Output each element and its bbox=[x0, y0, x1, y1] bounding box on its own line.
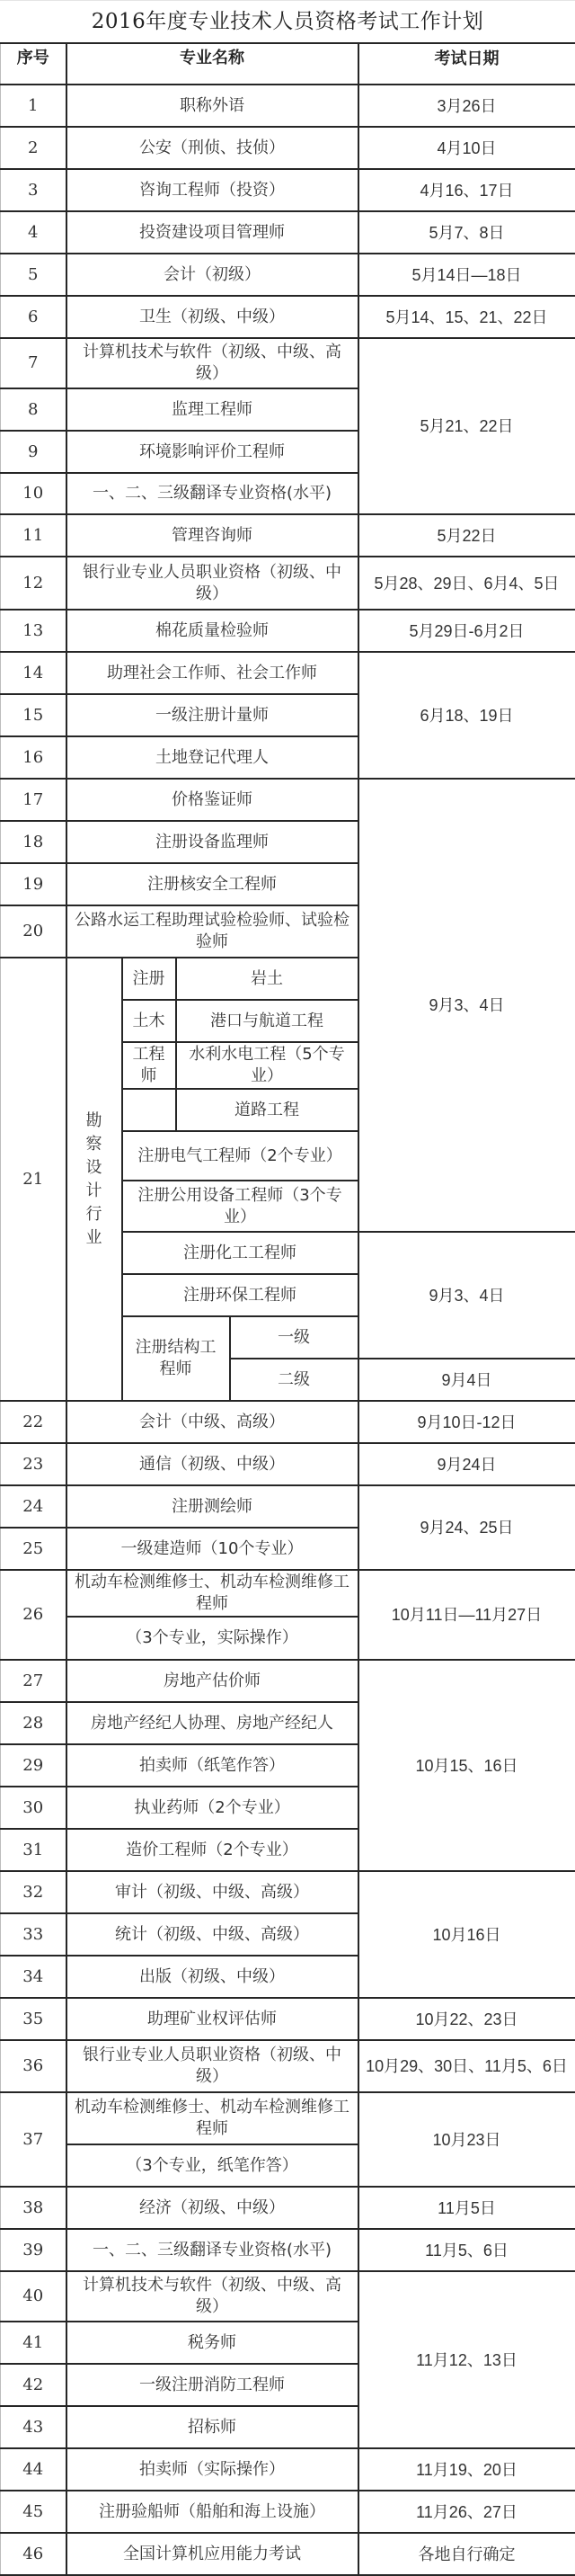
exam-date: 4月10日 bbox=[358, 127, 575, 169]
exam-name: 机动车检测维修士、机动车检测维修工程师 bbox=[66, 2092, 358, 2144]
table-row: 23 通信（初级、中级） 9月24日 bbox=[1, 1443, 575, 1485]
exam-name: 经济（初级、中级） bbox=[66, 2187, 358, 2229]
exam-schedule-table: 序号 专业名称 考试日期 1 职称外语 3月26日 2 公安（刑侦、技侦） 4月… bbox=[0, 42, 575, 2576]
row-number: 15 bbox=[1, 694, 66, 736]
exam-name: 投资建设项目管理师 bbox=[66, 211, 358, 254]
row-number: 34 bbox=[1, 1956, 66, 1998]
exam-name: 全国计算机应用能力考试 bbox=[66, 2533, 358, 2575]
exam-name: 执业药师（2个专业） bbox=[66, 1787, 358, 1829]
exam-name: 注册设备监理师 bbox=[66, 821, 358, 863]
row-number: 23 bbox=[1, 1443, 66, 1485]
exam-date: 5月21、22日 bbox=[358, 338, 575, 514]
exam-name: 环境影响评价工程师 bbox=[66, 431, 358, 473]
civil-specialty: 道路工程 bbox=[176, 1089, 358, 1131]
exam-date: 9月3、4日 bbox=[358, 1232, 575, 1359]
row-number: 22 bbox=[1, 1401, 66, 1443]
table-row: 40 计算机技术与软件（初级、中级、高级） 11月12、13日 bbox=[1, 2271, 575, 2322]
exam-name: 出版（初级、中级） bbox=[66, 1956, 358, 1998]
exam-name: 拍卖师（纸笔作答） bbox=[66, 1744, 358, 1787]
exam-name: 银行业专业人员职业资格（初级、中级） bbox=[66, 2040, 358, 2092]
exam-name: 计算机技术与软件（初级、中级、高级） bbox=[66, 338, 358, 388]
table-row: 46 全国计算机应用能力考试 各地自行确定 bbox=[1, 2533, 575, 2575]
row-number: 44 bbox=[1, 2448, 66, 2491]
exam-name: 一级注册计量师 bbox=[66, 694, 358, 736]
table-row: 12 银行业专业人员职业资格（初级、中级） 5月28、29日、6月4、5日 bbox=[1, 557, 575, 610]
row-number: 41 bbox=[1, 2322, 66, 2364]
civil-specialty: 水利水电工程（5个专业） bbox=[176, 1042, 358, 1089]
table-row: 6 卫生（初级、中级） 5月14、15、21、22日 bbox=[1, 296, 575, 338]
exam-date: 5月29日-6月2日 bbox=[358, 610, 575, 652]
header-date: 考试日期 bbox=[358, 43, 575, 85]
row-number: 40 bbox=[1, 2271, 66, 2322]
table-row: 35 助理矿业权评估师 10月22、23日 bbox=[1, 1998, 575, 2040]
row-number: 17 bbox=[1, 779, 66, 821]
header-name: 专业名称 bbox=[66, 43, 358, 85]
exam-date: 5月14日—18日 bbox=[358, 254, 575, 296]
table-row: 44 拍卖师（实际操作） 11月19、20日 bbox=[1, 2448, 575, 2491]
row-number: 28 bbox=[1, 1702, 66, 1744]
exam-name: 一、二、三级翻译专业资格(水平) bbox=[66, 2229, 358, 2271]
row-number: 11 bbox=[1, 514, 66, 557]
exam-name: 助理社会工作师、社会工作师 bbox=[66, 652, 358, 694]
exam-name: 注册验船师（船舶和海上设施） bbox=[66, 2491, 358, 2533]
exam-date: 各地自行确定 bbox=[358, 2533, 575, 2575]
civil-engineer-group-label bbox=[122, 1089, 176, 1131]
row-number: 38 bbox=[1, 2187, 66, 2229]
row-number: 21 bbox=[1, 958, 66, 1401]
table-row: 22 会计（中级、高级） 9月10日-12日 bbox=[1, 1401, 575, 1443]
exam-name: 公安（刑侦、技侦） bbox=[66, 127, 358, 169]
structural-engineer-label: 注册结构工程师 bbox=[122, 1316, 230, 1401]
civil-engineer-group-label: 注册 bbox=[122, 958, 176, 1000]
table-row: 7 计算机技术与软件（初级、中级、高级） 5月21、22日 bbox=[1, 338, 575, 388]
row-number: 27 bbox=[1, 1660, 66, 1702]
row-number: 2 bbox=[1, 127, 66, 169]
civil-specialty: 港口与航道工程 bbox=[176, 1000, 358, 1042]
exam-date: 6月18、19日 bbox=[358, 652, 575, 779]
exam-name-note: （3个专业，实际操作） bbox=[66, 1617, 358, 1660]
exam-date: 10月22、23日 bbox=[358, 1998, 575, 2040]
exam-name: 房地产经纪人协理、房地产经纪人 bbox=[66, 1702, 358, 1744]
row-number: 37 bbox=[1, 2092, 66, 2187]
exam-date: 11月5、6日 bbox=[358, 2229, 575, 2271]
exam-name: 公路水运工程助理试验检验师、试验检验师 bbox=[66, 905, 358, 958]
table-row: 26 机动车检测维修士、机动车检测维修工程师 10月11日—11月27日 bbox=[1, 1570, 575, 1617]
exam-date: 10月29、30日、11月5、6日 bbox=[358, 2040, 575, 2092]
exam-name: 机动车检测维修士、机动车检测维修工程师 bbox=[66, 1570, 358, 1617]
exam-date: 11月26、27日 bbox=[358, 2491, 575, 2533]
exam-date: 11月5日 bbox=[358, 2187, 575, 2229]
industry-category-cell: 勘察设计行业 bbox=[66, 958, 122, 1401]
exam-name: 房地产估价师 bbox=[66, 1660, 358, 1702]
table-row: 27 房地产估价师 10月15、16日 bbox=[1, 1660, 575, 1702]
exam-date: 11月12、13日 bbox=[358, 2271, 575, 2448]
exam-name: 卫生（初级、中级） bbox=[66, 296, 358, 338]
exam-name: 咨询工程师（投资） bbox=[66, 169, 358, 211]
header-no: 序号 bbox=[1, 43, 66, 85]
row-number: 16 bbox=[1, 736, 66, 779]
row-number: 32 bbox=[1, 1871, 66, 1913]
table-row: 14 助理社会工作师、社会工作师 6月18、19日 bbox=[1, 652, 575, 694]
table-row: 11 管理咨询师 5月22日 bbox=[1, 514, 575, 557]
structural-level: 二级 bbox=[230, 1359, 358, 1401]
row-number: 8 bbox=[1, 388, 66, 431]
exam-date: 9月4日 bbox=[358, 1359, 575, 1401]
exam-name: 监理工程师 bbox=[66, 388, 358, 431]
survey-design-item: 注册环保工程师 bbox=[122, 1274, 358, 1316]
row-number: 24 bbox=[1, 1485, 66, 1528]
civil-engineer-group-label: 工程师 bbox=[122, 1042, 176, 1089]
exam-name: 注册核安全工程师 bbox=[66, 863, 358, 905]
exam-date: 11月19、20日 bbox=[358, 2448, 575, 2491]
table-row: 17 价格鉴证师 9月3、4日 bbox=[1, 779, 575, 821]
row-number: 19 bbox=[1, 863, 66, 905]
exam-date: 4月16、17日 bbox=[358, 169, 575, 211]
civil-specialty: 岩土 bbox=[176, 958, 358, 1000]
exam-name: 统计（初级、中级、高级） bbox=[66, 1913, 358, 1956]
row-number: 12 bbox=[1, 557, 66, 610]
survey-design-item: 注册电气工程师（2个专业） bbox=[122, 1131, 358, 1181]
row-number: 29 bbox=[1, 1744, 66, 1787]
table-row: 1 职称外语 3月26日 bbox=[1, 85, 575, 127]
exam-name: 助理矿业权评估师 bbox=[66, 1998, 358, 2040]
structural-level: 一级 bbox=[230, 1316, 358, 1359]
row-number: 39 bbox=[1, 2229, 66, 2271]
exam-date: 10月23日 bbox=[358, 2092, 575, 2187]
exam-name: 拍卖师（实际操作） bbox=[66, 2448, 358, 2491]
row-number: 14 bbox=[1, 652, 66, 694]
exam-name: 管理咨询师 bbox=[66, 514, 358, 557]
row-number: 3 bbox=[1, 169, 66, 211]
row-number: 33 bbox=[1, 1913, 66, 1956]
row-number: 5 bbox=[1, 254, 66, 296]
row-number: 6 bbox=[1, 296, 66, 338]
exam-name: 计算机技术与软件（初级、中级、高级） bbox=[66, 2271, 358, 2322]
survey-design-item: 注册公用设备工程师（3个专业） bbox=[122, 1181, 358, 1232]
row-number: 1 bbox=[1, 85, 66, 127]
row-number: 31 bbox=[1, 1829, 66, 1871]
exam-name: 会计（中级、高级） bbox=[66, 1401, 358, 1443]
exam-name: 职称外语 bbox=[66, 85, 358, 127]
exam-date: 9月24、25日 bbox=[358, 1485, 575, 1570]
table-row: 3 咨询工程师（投资） 4月16、17日 bbox=[1, 169, 575, 211]
row-number: 9 bbox=[1, 431, 66, 473]
exam-name: 审计（初级、中级、高级） bbox=[66, 1871, 358, 1913]
exam-date: 5月7、8日 bbox=[358, 211, 575, 254]
row-number: 43 bbox=[1, 2406, 66, 2448]
exam-date: 5月22日 bbox=[358, 514, 575, 557]
row-number: 25 bbox=[1, 1528, 66, 1570]
table-row: 45 注册验船师（船舶和海上设施） 11月26、27日 bbox=[1, 2491, 575, 2533]
industry-category-label: 勘察设计行业 bbox=[84, 1110, 104, 1250]
table-row: 37 机动车检测维修士、机动车检测维修工程师 10月23日 bbox=[1, 2092, 575, 2144]
exam-name: 造价工程师（2个专业） bbox=[66, 1829, 358, 1871]
exam-date: 5月28、29日、6月4、5日 bbox=[358, 557, 575, 610]
table-row: 13 棉花质量检验师 5月29日-6月2日 bbox=[1, 610, 575, 652]
row-number: 36 bbox=[1, 2040, 66, 2092]
table-row: 36 银行业专业人员职业资格（初级、中级） 10月29、30日、11月5、6日 bbox=[1, 2040, 575, 2092]
exam-date: 9月10日-12日 bbox=[358, 1401, 575, 1443]
survey-design-item: 注册化工工程师 bbox=[122, 1232, 358, 1274]
exam-date: 5月14、15、21、22日 bbox=[358, 296, 575, 338]
exam-name: 一级建造师（10个专业） bbox=[66, 1528, 358, 1570]
exam-name: 税务师 bbox=[66, 2322, 358, 2364]
row-number: 18 bbox=[1, 821, 66, 863]
exam-name: 土地登记代理人 bbox=[66, 736, 358, 779]
civil-engineer-group-label: 土木 bbox=[122, 1000, 176, 1042]
row-number: 13 bbox=[1, 610, 66, 652]
row-number: 35 bbox=[1, 1998, 66, 2040]
exam-name-note: （3个专业，纸笔作答） bbox=[66, 2144, 358, 2187]
exam-name: 一、二、三级翻译专业资格(水平) bbox=[66, 473, 358, 514]
table-row: 38 经济（初级、中级） 11月5日 bbox=[1, 2187, 575, 2229]
exam-date: 3月26日 bbox=[358, 85, 575, 127]
exam-name: 通信（初级、中级） bbox=[66, 1443, 358, 1485]
exam-date: 10月11日—11月27日 bbox=[358, 1570, 575, 1660]
table-row: 5 会计（初级） 5月14日—18日 bbox=[1, 254, 575, 296]
exam-date: 9月3、4日 bbox=[358, 779, 575, 1232]
row-number: 42 bbox=[1, 2364, 66, 2406]
table-row: 24 注册测绘师 9月24、25日 bbox=[1, 1485, 575, 1528]
row-number: 26 bbox=[1, 1570, 66, 1660]
exam-date: 9月24日 bbox=[358, 1443, 575, 1485]
exam-name: 棉花质量检验师 bbox=[66, 610, 358, 652]
table-row: 2 公安（刑侦、技侦） 4月10日 bbox=[1, 127, 575, 169]
row-number: 45 bbox=[1, 2491, 66, 2533]
exam-name: 一级注册消防工程师 bbox=[66, 2364, 358, 2406]
row-number: 30 bbox=[1, 1787, 66, 1829]
exam-name: 价格鉴证师 bbox=[66, 779, 358, 821]
exam-name: 招标师 bbox=[66, 2406, 358, 2448]
row-number: 4 bbox=[1, 211, 66, 254]
exam-name: 会计（初级） bbox=[66, 254, 358, 296]
row-number: 20 bbox=[1, 905, 66, 958]
exam-date: 10月16日 bbox=[358, 1871, 575, 1998]
exam-name: 注册测绘师 bbox=[66, 1485, 358, 1528]
row-number: 7 bbox=[1, 338, 66, 388]
exam-date: 10月15、16日 bbox=[358, 1660, 575, 1871]
table-header-row: 序号 专业名称 考试日期 bbox=[1, 43, 575, 85]
table-row: 4 投资建设项目管理师 5月7、8日 bbox=[1, 211, 575, 254]
table-row: 39 一、二、三级翻译专业资格(水平) 11月5、6日 bbox=[1, 2229, 575, 2271]
document-title: 2016年度专业技术人员资格考试工作计划 bbox=[0, 0, 575, 42]
exam-plan-document: 2016年度专业技术人员资格考试工作计划 序号 专业名称 考试日期 1 职称外语… bbox=[0, 0, 575, 2576]
table-row: 32 审计（初级、中级、高级） 10月16日 bbox=[1, 1871, 575, 1913]
exam-name: 银行业专业人员职业资格（初级、中级） bbox=[66, 557, 358, 610]
row-number: 10 bbox=[1, 473, 66, 514]
row-number: 46 bbox=[1, 2533, 66, 2575]
